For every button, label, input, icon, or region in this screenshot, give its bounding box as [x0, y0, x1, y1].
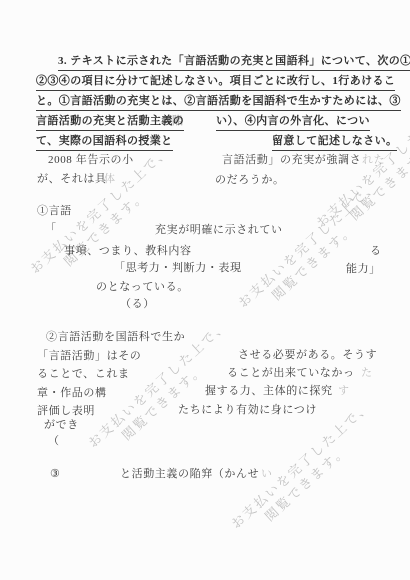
body-line-1-right: 言語活動」の充実が強調さ [222, 153, 361, 167]
body-item2-label: ②言語活動を国語科で生か [46, 330, 185, 344]
body-line-2-right: のだろうか。 [215, 173, 285, 187]
body-line-10-left: 「言語活動」はその [37, 349, 141, 363]
heading-line-4-fragment: 陥 [172, 114, 183, 131]
heading-line-4-right: い）、④内言の外言化、につい [216, 114, 370, 131]
body-line-5-left: 事項、つまり、教科内容 [64, 244, 192, 258]
body-line-1-tail: れた [362, 153, 385, 167]
body-line-12-left: 章・作品の構 [37, 386, 107, 400]
heading-line-4-left: 言語活動の充実と活動主義の [36, 114, 184, 131]
body-line-12-tail: す [338, 384, 350, 398]
body-line-4-right: 充実が明確に示されてい [155, 223, 283, 237]
heading-line-3: と。①言語活動の充実とは、②言語活動を国語科で生かすためには、③ [36, 94, 401, 111]
body-line-4-left: 「 [45, 222, 57, 236]
body-item1-label: ①言語 [37, 204, 72, 218]
body-line-13-right: たちにより有効に身につけ [178, 403, 317, 417]
heading-line-5-right: 留意して記述しなさい。 [272, 134, 397, 151]
body-line-5-right: る [370, 244, 382, 258]
body-item3-tail: い [261, 467, 273, 481]
body-line-8: （る） [120, 297, 155, 311]
body-line-6-left: 「思考力・判断力・表現 [114, 261, 242, 275]
body-line-15: （ [48, 434, 60, 448]
watermark-line-1: お支払いを完了した上で、 [235, 177, 380, 310]
body-line-10-right: させる必要がある。そうす [238, 348, 377, 362]
watermark-line-2: 閲覧できます。 [261, 408, 388, 525]
body-line-2-left: が、それは具 [37, 172, 107, 186]
body-line-2-fragment: 体 [104, 172, 116, 186]
body-item3-text: と活動主義の陥穽（かんせ [120, 467, 259, 481]
body-line-11-right: ることが出来ていなかっ [227, 366, 355, 380]
body-item3-label: ③ [50, 467, 60, 481]
body-line-6-right: 能力」 [346, 262, 381, 276]
body-line-11-left: ることで、これま [37, 367, 130, 381]
body-line-14: ができ [44, 418, 79, 432]
heading-line-5-left: て、実際の国語科の授業と [36, 134, 173, 151]
watermark-line-1: お支払いを完了した上で、 [228, 398, 373, 531]
heading-line-2: ②③④の項目に分けて記述しなさい。項目ごとに改行し、1行あけるこ [36, 74, 395, 91]
heading-line-1: 3. テキストに示された「言語活動の充実と国語科」について、次の① [58, 54, 410, 71]
body-line-12-right: 握する力、主体的に探究 [205, 384, 333, 398]
body-line-11-tail: た [361, 366, 373, 380]
scanned-document-page: お支払いを完了した上で、 閲覧できます。 お支払いを完了した上で、 閲覧できます… [0, 0, 410, 580]
body-line-1-left: 2008 年告示の小 [48, 153, 134, 167]
body-line-13-left: 評価し表明 [37, 404, 95, 418]
body-line-7: のとなっている。 [96, 280, 189, 294]
